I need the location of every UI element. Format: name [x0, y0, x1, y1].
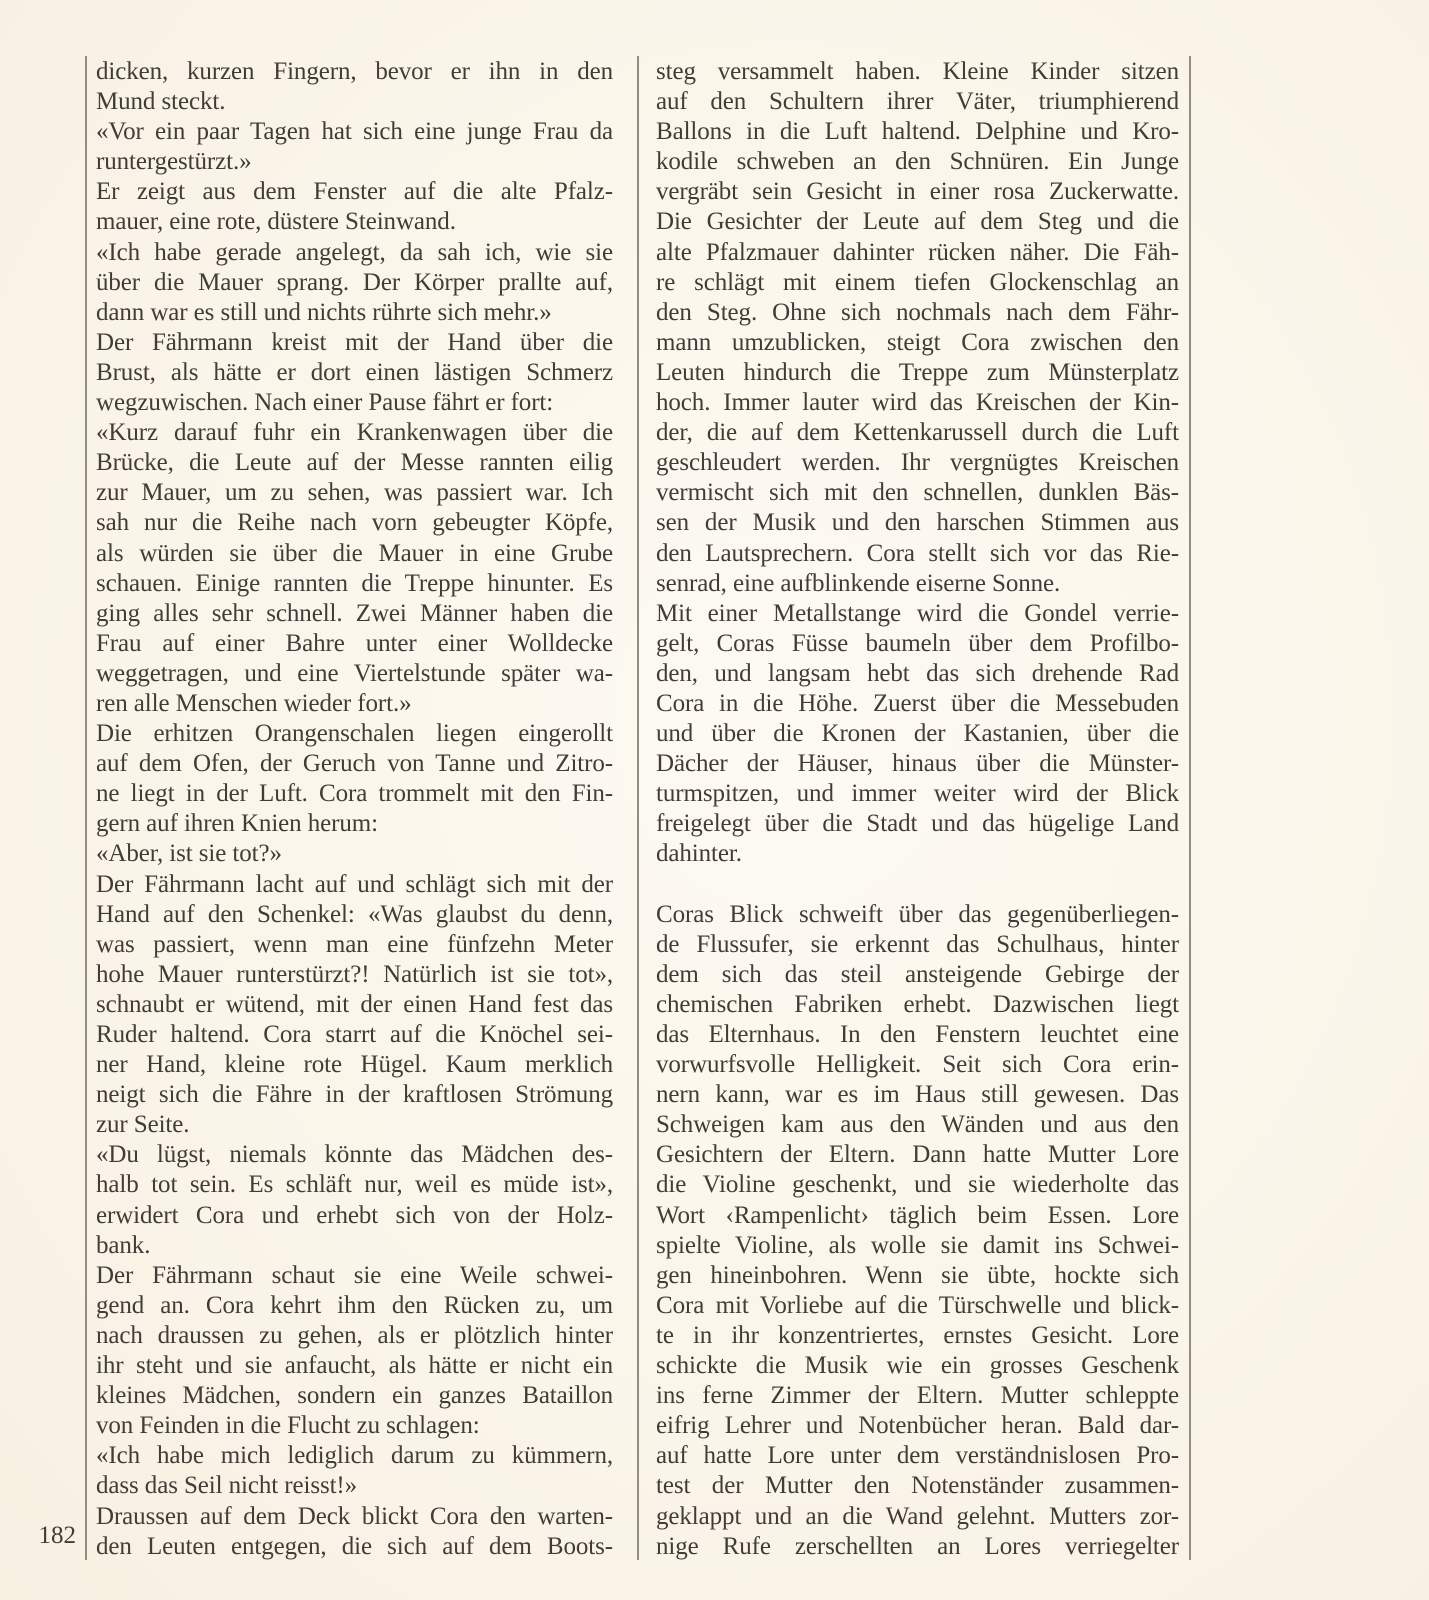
text-line: re schlägt mit einem tiefen Glockenschla… [656, 268, 1179, 298]
text-line: zur Seite. [96, 1110, 613, 1140]
text-line: schnaubt er wütend, mit der einen Hand f… [96, 990, 613, 1020]
text-line: Gesichtern der Eltern. Dann hatte Mutter… [656, 1140, 1179, 1170]
text-line: den Lautsprechern. Cora stellt sich vor … [656, 539, 1179, 569]
text-line: Leuten hindurch die Treppe zum Münsterpl… [656, 358, 1179, 388]
text-line: Wort ‹Rampenlicht› täglich beim Essen. L… [656, 1201, 1179, 1231]
text-line: und über die Kronen der Kastanien, über … [656, 719, 1179, 749]
text-line: Die Gesichter der Leute auf dem Steg und… [656, 207, 1179, 237]
text-line: Draussen auf dem Deck blickt Cora den wa… [96, 1502, 613, 1532]
text-line: steg versammelt haben. Kleine Kinder sit… [656, 57, 1179, 87]
text-line: hoch. Immer lauter wird das Kreischen de… [656, 388, 1179, 418]
text-line: geklappt und an die Wand gelehnt. Mutter… [656, 1502, 1179, 1532]
text-line: mauer, eine rote, düstere Steinwand. [96, 207, 613, 237]
text-line: Frau auf einer Bahre unter einer Wolldec… [96, 629, 613, 659]
text-line: de Flussufer, sie erkennt das Schulhaus,… [656, 930, 1179, 960]
text-line: Der Fährmann schaut sie eine Weile schwe… [96, 1261, 613, 1291]
text-line: ins ferne Zimmer der Eltern. Mutter schl… [656, 1381, 1179, 1411]
page-number: 182 [24, 1521, 76, 1551]
column-rule-left [85, 56, 87, 1560]
text-line: kodile schweben an den Schnüren. Ein Jun… [656, 147, 1179, 177]
text-line: den Steg. Ohne sich nochmals nach dem Fä… [656, 298, 1179, 328]
text-line: «Kurz darauf fuhr ein Krankenwagen über … [96, 418, 613, 448]
text-line: dem sich das steil ansteigende Gebirge d… [656, 960, 1179, 990]
text-line: ren alle Menschen wieder fort.» [96, 689, 613, 719]
text-column-right: steg versammelt haben. Kleine Kinder sit… [656, 57, 1179, 1562]
text-line: kleines Mädchen, sondern ein ganzes Bata… [96, 1381, 613, 1411]
text-line: ging alles sehr schnell. Zwei Männer hab… [96, 599, 613, 629]
text-line: vorwurfsvolle Helligkeit. Seit sich Cora… [656, 1050, 1179, 1080]
text-line: der, die auf dem Kettenkarussell durch d… [656, 418, 1179, 448]
text-line: Ballons in die Luft haltend. Delphine un… [656, 117, 1179, 147]
text-line: ne liegt in der Luft. Cora trommelt mit … [96, 779, 613, 809]
text-line: halb tot sein. Es schläft nur, weil es m… [96, 1170, 613, 1200]
column-rule-right [1189, 56, 1191, 1560]
text-line: dicken, kurzen Fingern, bevor er ihn in … [96, 57, 613, 87]
text-line: Die erhitzen Orangenschalen liegen einge… [96, 719, 613, 749]
text-line: chemischen Fabriken erhebt. Dazwischen l… [656, 990, 1179, 1020]
text-line: turmspitzen, und immer weiter wird der B… [656, 779, 1179, 809]
text-line: «Du lügst, niemals könnte das Mädchen de… [96, 1140, 613, 1170]
text-line: Ruder haltend. Cora starrt auf die Knöch… [96, 1020, 613, 1050]
text-line: Schweigen kam aus den Wänden und aus den [656, 1110, 1179, 1140]
text-column-left: dicken, kurzen Fingern, bevor er ihn in … [96, 57, 613, 1562]
text-line: die Violine geschenkt, und sie wiederhol… [656, 1170, 1179, 1200]
column-rule-middle [637, 56, 639, 1560]
text-line: Coras Blick schweift über das gegenüberl… [656, 900, 1179, 930]
text-line: freigelegt über die Stadt und das hügeli… [656, 809, 1179, 839]
text-line: Brücke, die Leute auf der Messe rannten … [96, 448, 613, 478]
text-line: den, und langsam hebt das sich drehende … [656, 659, 1179, 689]
text-line: zur Mauer, um zu sehen, was passiert war… [96, 478, 613, 508]
text-line: te in ihr konzentriertes, ernstes Gesich… [656, 1321, 1179, 1351]
book-page: { "meta": { "background_color": "#faf5e9… [0, 0, 1429, 1600]
text-line: Er zeigt aus dem Fenster auf die alte Pf… [96, 177, 613, 207]
text-line: nern kann, war es im Haus still gewesen.… [656, 1080, 1179, 1110]
text-line: weggetragen, und eine Viertelstunde spät… [96, 659, 613, 689]
text-line: sah nur die Reihe nach vorn gebeugter Kö… [96, 508, 613, 538]
text-line: «Ich habe gerade angelegt, da sah ich, w… [96, 238, 613, 268]
text-line: auf dem Ofen, der Geruch von Tanne und Z… [96, 749, 613, 779]
text-line: spielte Violine, als wolle sie damit ins… [656, 1231, 1179, 1261]
text-line: neigt sich die Fähre in der kraftlosen S… [96, 1080, 613, 1110]
text-line: nach draussen zu gehen, als er plötzlich… [96, 1321, 613, 1351]
text-line: «Vor ein paar Tagen hat sich eine junge … [96, 117, 613, 147]
text-line: erwidert Cora und erhebt sich von der Ho… [96, 1201, 613, 1231]
text-line: sen der Musik und den harschen Stimmen a… [656, 508, 1179, 538]
text-line: hohe Mauer runterstürzt?! Natürlich ist … [96, 960, 613, 990]
text-line [656, 870, 1179, 900]
text-line: Dächer der Häuser, hinaus über die Münst… [656, 749, 1179, 779]
text-line: gelt, Coras Füsse baumeln über dem Profi… [656, 629, 1179, 659]
text-line: Der Fährmann lacht auf und schlägt sich … [96, 870, 613, 900]
text-line: geschleudert werden. Ihr vergnügtes Krei… [656, 448, 1179, 478]
text-line: über die Mauer sprang. Der Körper prallt… [96, 268, 613, 298]
text-line: wegzuwischen. Nach einer Pause fährt er … [96, 388, 613, 418]
text-line: Cora mit Vorliebe auf die Türschwelle un… [656, 1291, 1179, 1321]
text-line: senrad, eine aufblinkende eiserne Sonne. [656, 569, 1179, 599]
text-line: Mund steckt. [96, 87, 613, 117]
text-line: was passiert, wenn man eine fünfzehn Met… [96, 930, 613, 960]
text-line: auf hatte Lore unter dem verständnislose… [656, 1441, 1179, 1471]
text-line: Cora in die Höhe. Zuerst über die Messeb… [656, 689, 1179, 719]
text-line: dahinter. [656, 839, 1179, 869]
text-line: nige Rufe zerschellten an Lores verriege… [656, 1532, 1179, 1562]
text-line: gern auf ihren Knien herum: [96, 809, 613, 839]
text-line: «Ich habe mich lediglich darum zu kümmer… [96, 1441, 613, 1471]
text-line: auf den Schultern ihrer Väter, triumphie… [656, 87, 1179, 117]
text-line: mann umzublicken, steigt Cora zwischen d… [656, 328, 1179, 358]
text-line: das Elternhaus. In den Fenstern leuchtet… [656, 1020, 1179, 1050]
text-line: Hand auf den Schenkel: «Was glaubst du d… [96, 900, 613, 930]
text-line: runtergestürzt.» [96, 147, 613, 177]
text-line: Mit einer Metallstange wird die Gondel v… [656, 599, 1179, 629]
text-line: von Feinden in die Flucht zu schlagen: [96, 1411, 613, 1441]
text-line: Der Fährmann kreist mit der Hand über di… [96, 328, 613, 358]
text-line: alte Pfalzmauer dahinter rücken näher. D… [656, 238, 1179, 268]
text-line: schauen. Einige rannten die Treppe hinun… [96, 569, 613, 599]
text-line: ihr steht und sie anfaucht, als hätte er… [96, 1351, 613, 1381]
text-line: gend an. Cora kehrt ihm den Rücken zu, u… [96, 1291, 613, 1321]
text-line: dann war es still und nichts rührte sich… [96, 298, 613, 328]
text-line: «Aber, ist sie tot?» [96, 839, 613, 869]
text-line: den Leuten entgegen, die sich auf dem Bo… [96, 1532, 613, 1562]
text-line: vergräbt sein Gesicht in einer rosa Zuck… [656, 177, 1179, 207]
text-line: dass das Seil nicht reisst!» [96, 1471, 613, 1501]
text-line: test der Mutter den Notenständer zusamme… [656, 1471, 1179, 1501]
text-line: schickte die Musik wie ein grosses Gesch… [656, 1351, 1179, 1381]
text-line: Brust, als hätte er dort einen lästigen … [96, 358, 613, 388]
text-line: als würden sie über die Mauer in eine Gr… [96, 539, 613, 569]
text-line: bank. [96, 1231, 613, 1261]
text-line: eifrig Lehrer und Notenbücher heran. Bal… [656, 1411, 1179, 1441]
text-line: ner Hand, kleine rote Hügel. Kaum merkli… [96, 1050, 613, 1080]
text-line: gen hineinbohren. Wenn sie übte, hockte … [656, 1261, 1179, 1291]
text-line: vermischt sich mit den schnellen, dunkle… [656, 478, 1179, 508]
